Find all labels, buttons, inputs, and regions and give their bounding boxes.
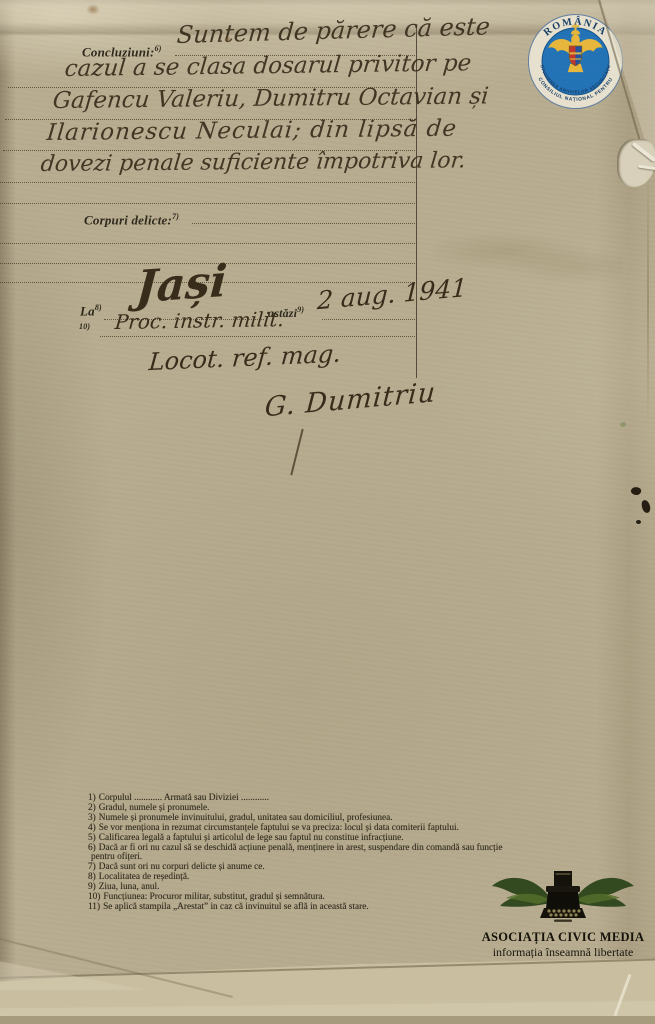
footnote-text: Calificarea legală a faptului și articol… <box>99 833 404 843</box>
footnote-text: Gradul, numele și pronumele. <box>99 803 210 813</box>
footnote-number: 2) <box>88 803 96 813</box>
civic-media-title: ASOCIAȚIA CIVIC MEDIA <box>480 930 646 945</box>
footnote-text: Ziua, luna, anul. <box>99 882 160 892</box>
ink-bleedthrough-smudge <box>433 228 623 286</box>
footnote-text: Funcțiunea: Procuror militar, substitut,… <box>103 892 324 902</box>
winged-typewriter-icon <box>488 864 638 924</box>
footnote-number: 5) <box>88 833 96 843</box>
handwritten-function: Proc. instr. milit. <box>114 307 285 334</box>
footnote-number: 3) <box>88 813 96 823</box>
conclusions-footnote-ref: 6) <box>155 44 162 53</box>
civic-media-subtitle: informația înseamnă libertate <box>480 945 646 960</box>
handwritten-conclusion-line: dovezi penale suficiente împotriva lor. <box>40 148 467 177</box>
corpora-delicti-label: Corpuri delicte:7) <box>84 212 179 228</box>
corpora-footnote-ref: 7) <box>172 212 179 221</box>
handwritten-conclusion-line: Gafencu Valeriu, Dumitru Octavian și <box>52 83 490 114</box>
ink-spot <box>636 520 641 524</box>
cnsas-seal: ROMÂNIA CONSILIUL NAȚIONAL PENTRU STUDIE… <box>527 13 624 110</box>
dotted-line <box>0 243 415 244</box>
scanned-document-page: Concluziuni:6) Corpuri delicte:7) La8) a… <box>0 0 655 1024</box>
stain <box>86 4 100 15</box>
footnote-text: Dacă sunt ori nu corpuri delicte și anum… <box>99 862 265 872</box>
corpora-label-text: Corpuri delicte: <box>84 212 172 227</box>
footnote-text: Numele și pronumele invinuitului, gradul… <box>99 813 393 823</box>
vertical-rule <box>416 26 417 378</box>
footnote-text: Corpulul ............ Armată sau Divizie… <box>99 793 269 803</box>
green-speck <box>620 422 626 427</box>
footnote-text: Localitatea de reședință. <box>99 872 190 882</box>
footnote-row: 6)Dacă ar fi ori nu cazul să se deschidă… <box>88 844 626 854</box>
handwritten-conclusion-line: Ilarionescu Neculai; din lipsă de <box>46 116 459 146</box>
stain <box>224 36 232 43</box>
today-footnote-ref: 9) <box>297 305 304 314</box>
right-edge-crease <box>647 168 649 430</box>
bottom-dark-edge <box>0 1016 655 1024</box>
footnote-number: 8) <box>88 872 96 882</box>
footnote-number: 7) <box>88 862 96 872</box>
function-label: 10) <box>79 322 90 338</box>
dotted-line <box>100 336 415 337</box>
footnote-number: 4) <box>88 823 96 833</box>
place-label: La8) <box>80 303 102 319</box>
handwritten-place: Jași <box>134 256 228 314</box>
dotted-line <box>192 223 415 224</box>
footnote-text: Se vor menționa in rezumat circumstanțel… <box>99 823 459 833</box>
dotted-line <box>322 319 415 320</box>
footnote-number: 1) <box>88 793 96 803</box>
dotted-line <box>0 203 415 204</box>
footnote-text: pentru ofițeri. <box>91 852 142 862</box>
footnote-text: Dacă ar fi ori nu cazul să se deschidă a… <box>99 843 503 853</box>
footnote-number: 9) <box>88 882 96 892</box>
footnote-number: 11) <box>88 902 100 912</box>
function-footnote-ref: 10) <box>79 322 90 331</box>
footnote-number: 10) <box>88 892 100 902</box>
place-label-text: La <box>80 303 95 318</box>
place-footnote-ref: 8) <box>95 303 102 312</box>
footnote-text: Se aplică stampila „Arestat” in caz că i… <box>103 902 369 912</box>
dotted-line <box>0 182 415 183</box>
